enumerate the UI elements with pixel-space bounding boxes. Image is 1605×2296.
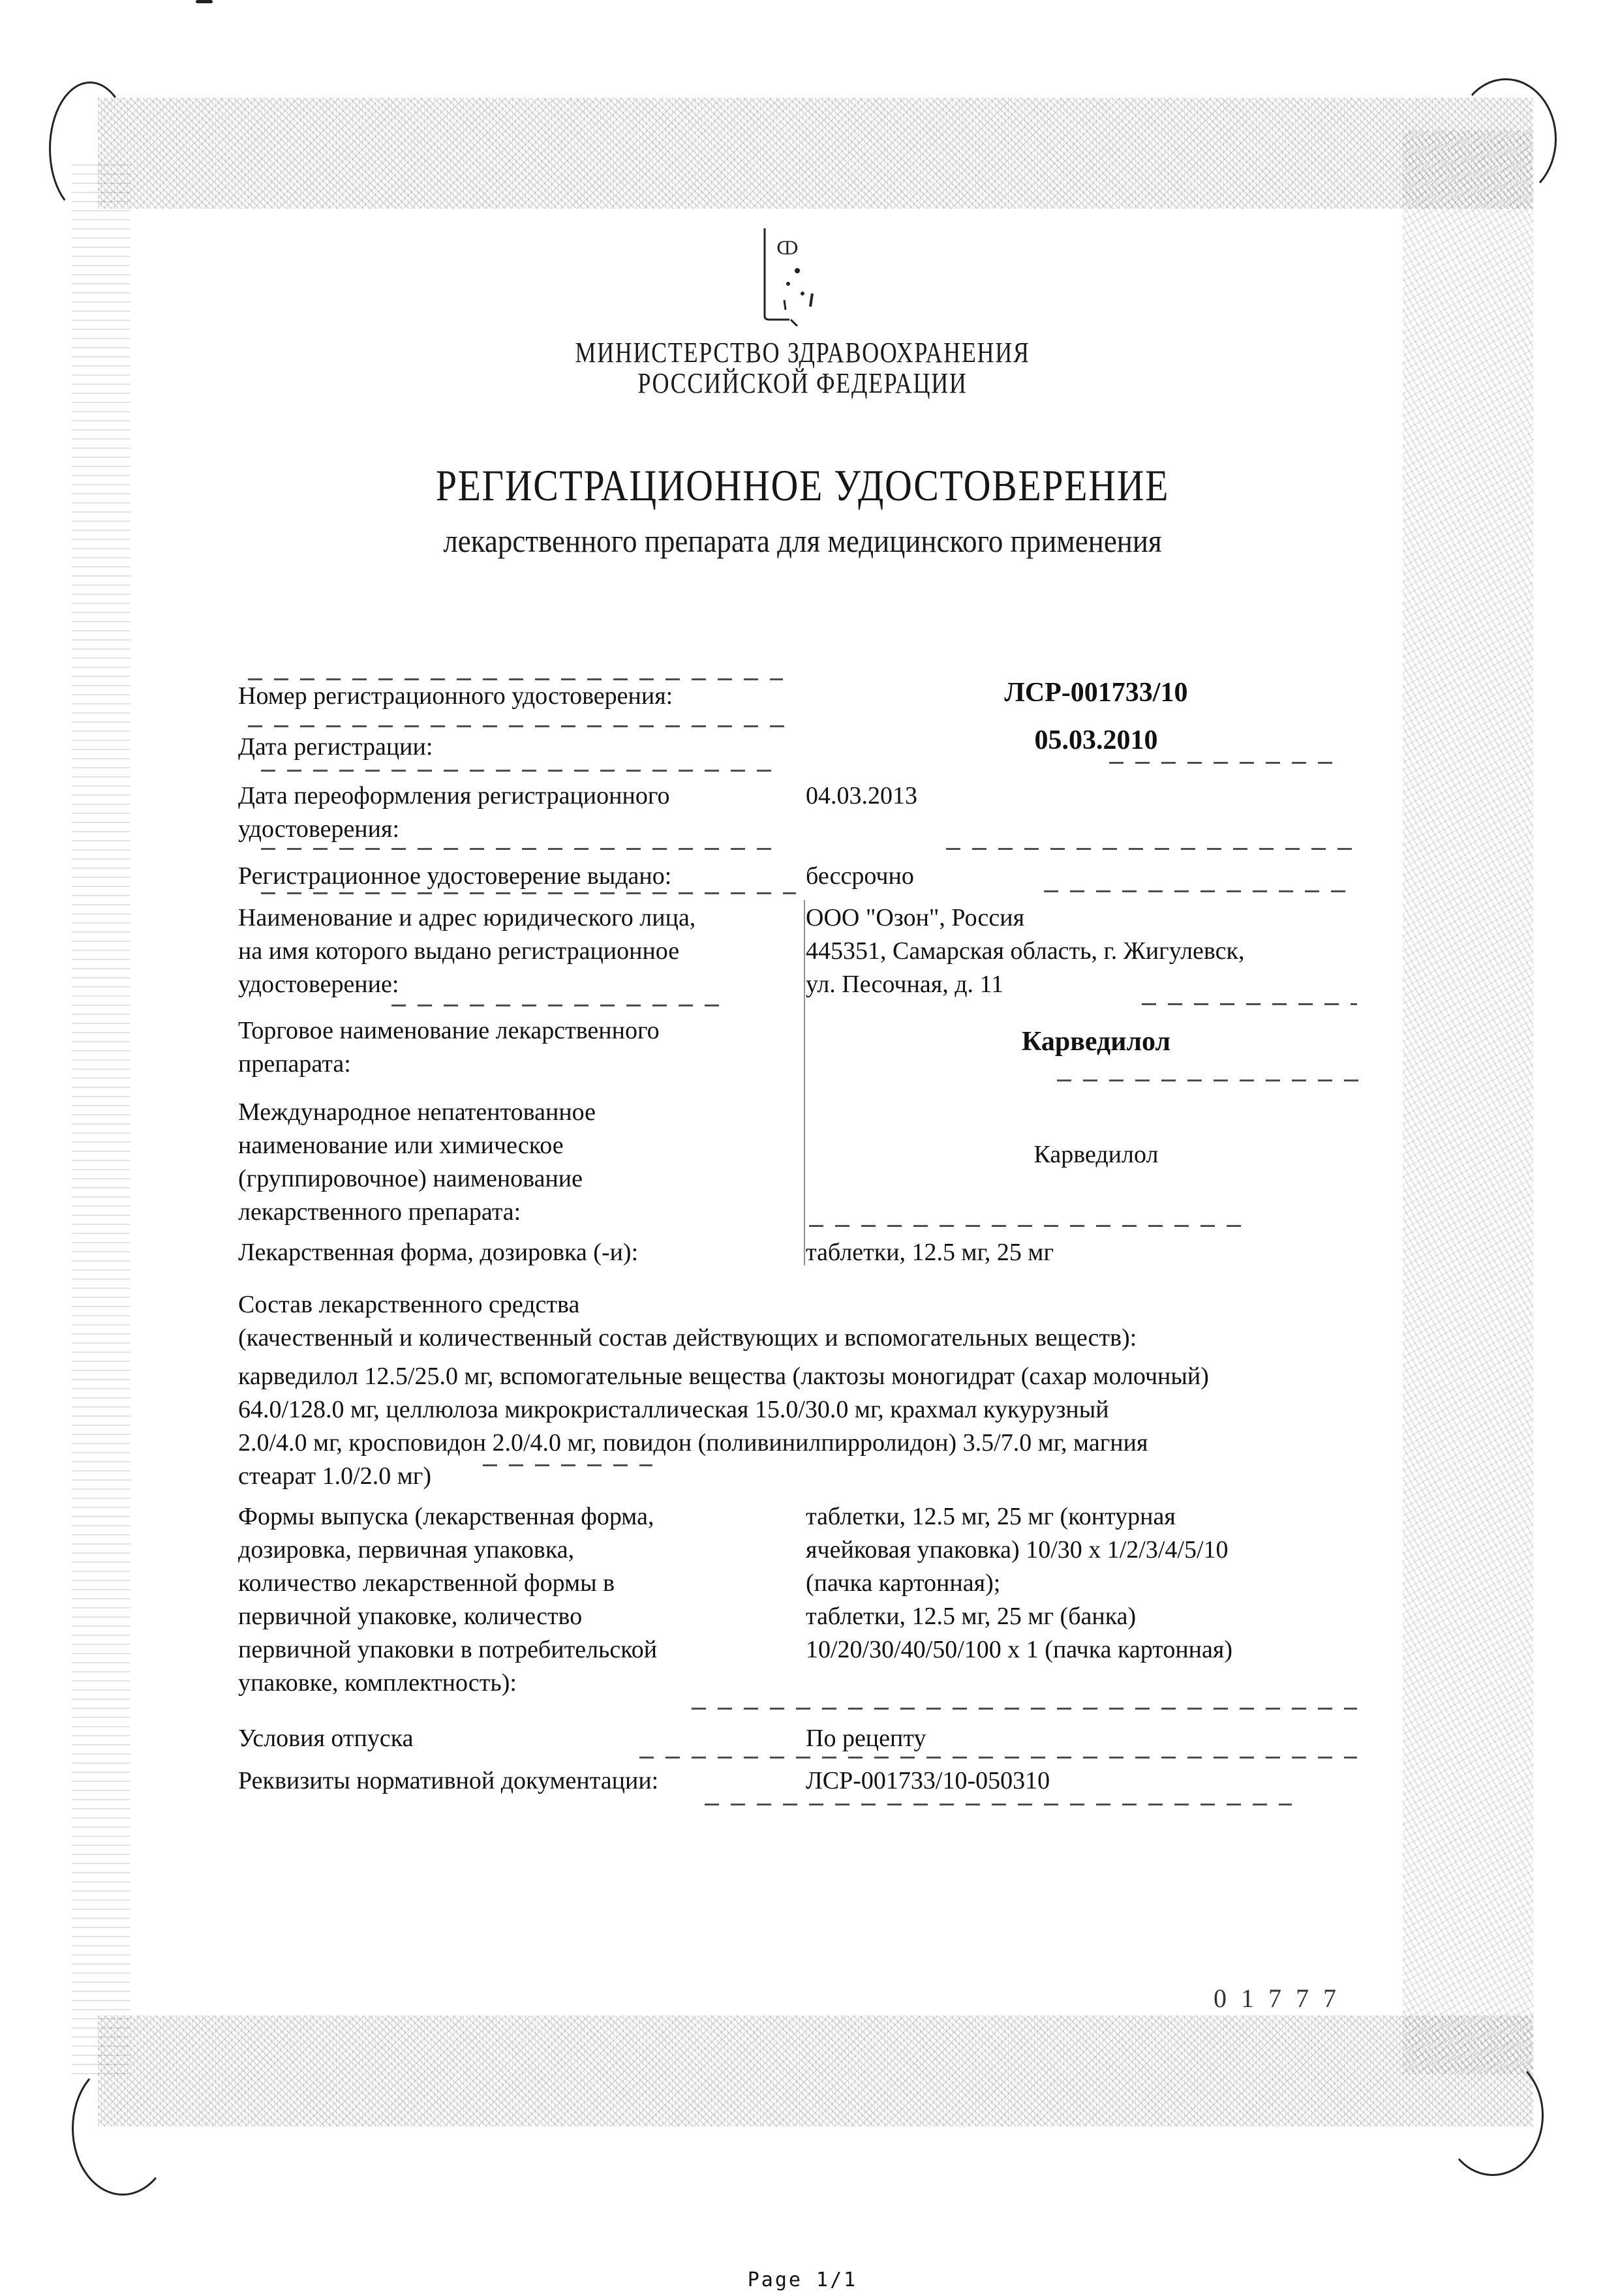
divider bbox=[261, 892, 796, 894]
divider bbox=[483, 1464, 652, 1466]
field-label-reg-date: Дата регистрации: bbox=[238, 731, 806, 764]
composition-text: карведилол 12.5/25.0 мг, вспомогательные… bbox=[238, 1360, 1413, 1493]
coat-of-arms-emblem-icon: ↀ bbox=[750, 222, 848, 326]
field-label-validity: Регистрационное удостоверение выдано: bbox=[238, 860, 806, 893]
border-corner-ornament bbox=[1455, 78, 1557, 200]
ministry-name-line2: РОССИЙСКОЙ ФЕДЕРАЦИИ bbox=[144, 367, 1460, 400]
field-value-dosage-form: таблетки, 12.5 мг, 25 мг bbox=[806, 1236, 1393, 1269]
divider bbox=[1109, 762, 1344, 764]
ministry-name-line1: МИНИСТЕРСТВО ЗДРАВООХРАНЕНИЯ bbox=[144, 336, 1460, 369]
field-value-dispensing: По рецепту bbox=[806, 1722, 1393, 1755]
field-label-trade-name: Торговое наименование лекарственного пре… bbox=[238, 1014, 806, 1081]
serial-number-stamp: 0 1 7 7 7 bbox=[1214, 1983, 1340, 2014]
divider bbox=[639, 1757, 1357, 1759]
composition-heading: Состав лекарственного средства (качестве… bbox=[238, 1288, 1413, 1355]
field-label-normative-doc: Реквизиты нормативной документации: bbox=[238, 1764, 806, 1798]
divider bbox=[261, 770, 783, 772]
field-label-inn: Международное непатентованное наименован… bbox=[238, 1096, 806, 1229]
field-label-reissue-date: Дата переоформления регистрационного удо… bbox=[238, 779, 806, 846]
field-value-validity: бессрочно bbox=[806, 860, 1393, 893]
field-label-holder: Наименование и адрес юридического лица, … bbox=[238, 901, 806, 1001]
field-label-release-forms: Формы выпуска (лекарственная форма, дози… bbox=[238, 1500, 806, 1700]
field-value-holder: ООО "Озон", Россия 445351, Самарская обл… bbox=[806, 901, 1393, 1001]
divider bbox=[1057, 1080, 1364, 1081]
divider bbox=[1142, 1003, 1357, 1005]
divider bbox=[391, 1004, 731, 1006]
guilloche-border-top bbox=[98, 98, 1533, 209]
svg-text:ↀ: ↀ bbox=[776, 237, 799, 259]
column-separator bbox=[804, 900, 805, 1265]
field-value-reg-date: 05.03.2010 bbox=[868, 724, 1324, 757]
divider bbox=[692, 1708, 1357, 1710]
field-value-reg-number: ЛСР-001733/10 bbox=[868, 676, 1324, 710]
scan-artifact bbox=[196, 0, 213, 3]
border-corner-ornament bbox=[1442, 2055, 1544, 2176]
divider bbox=[705, 1804, 1292, 1805]
border-corner-ornament bbox=[72, 2061, 174, 2196]
field-value-trade-name: Карведилол bbox=[900, 1025, 1292, 1059]
field-value-reissue-date: 04.03.2013 bbox=[806, 779, 1393, 813]
border-corner-ornament bbox=[49, 82, 131, 216]
field-value-normative-doc: ЛСР-001733/10-050310 bbox=[806, 1764, 1393, 1798]
divider bbox=[1044, 890, 1357, 892]
divider bbox=[248, 725, 796, 727]
document-subtitle: лекарственного препарата для медицинског… bbox=[80, 522, 1525, 560]
field-label-dosage-form: Лекарственная форма, дозировка (-и): bbox=[238, 1236, 806, 1269]
certificate-page: ↀ МИНИСТЕРСТВО ЗДРАВООХРАНЕНИЯ РОССИЙСКО… bbox=[0, 0, 1605, 2296]
guilloche-border-left bbox=[72, 157, 130, 2074]
divider bbox=[261, 848, 783, 850]
field-value-inn: Карведилол bbox=[900, 1138, 1292, 1171]
divider bbox=[809, 1225, 1253, 1227]
guilloche-border-bottom bbox=[98, 2016, 1533, 2126]
field-label-reg-number: Номер регистрационного удостоверения: bbox=[238, 680, 806, 713]
field-value-release-forms: таблетки, 12.5 мг, 25 мг (контурная ячей… bbox=[806, 1500, 1393, 1667]
document-title: РЕГИСТРАЦИОННОЕ УДОСТОВЕРЕНИЕ bbox=[121, 460, 1485, 511]
page-number: Page 1/1 bbox=[0, 2269, 1605, 2291]
divider bbox=[946, 848, 1364, 850]
guilloche-border-right bbox=[1403, 130, 1533, 2074]
field-label-dispensing: Условия отпуска bbox=[238, 1722, 806, 1755]
